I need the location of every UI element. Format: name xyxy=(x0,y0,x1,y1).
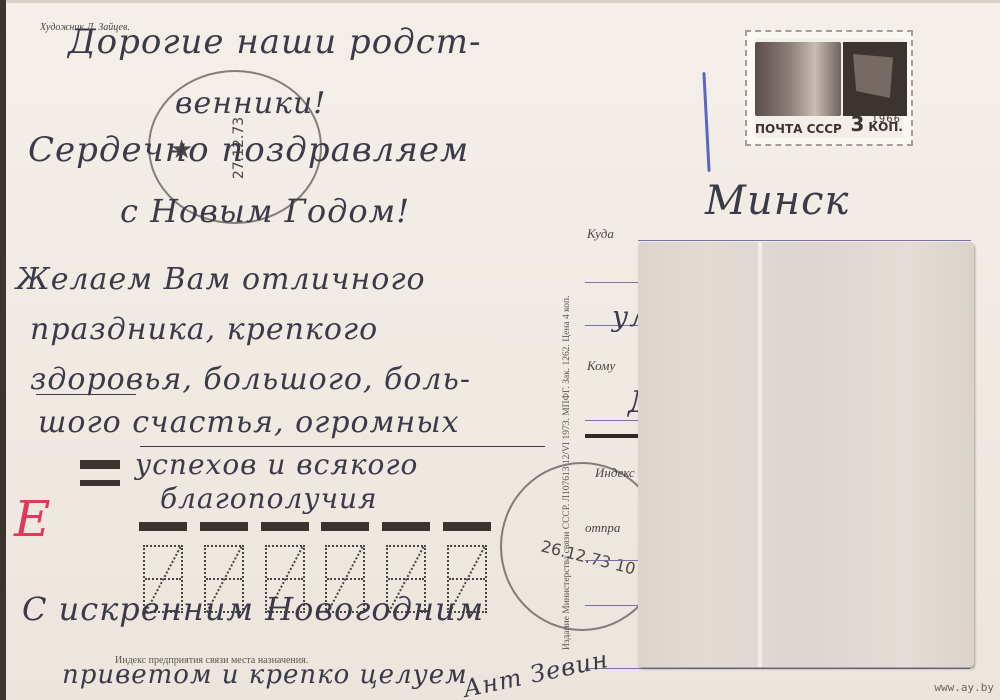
zip-bar xyxy=(443,522,491,531)
address-line xyxy=(585,282,645,283)
message-line: Сердечно поздравляем xyxy=(28,130,469,170)
zip-bar xyxy=(382,522,430,531)
address-line xyxy=(585,560,645,561)
address-line xyxy=(638,240,971,241)
message-line: здоровья, большого, боль- xyxy=(30,362,471,397)
message-line: шого счастья, огромных xyxy=(38,405,460,440)
sender-index-label: Индекс xyxy=(595,465,635,481)
stamp-portrait-image xyxy=(755,42,841,116)
message-line: благополучия xyxy=(160,482,378,515)
zip-bar xyxy=(261,522,309,531)
card-left-edge xyxy=(0,0,6,700)
message-line: венники! xyxy=(175,86,326,121)
address-line xyxy=(585,420,645,421)
sender-label: отпра xyxy=(585,520,620,536)
zip-guide-bar xyxy=(80,460,120,469)
zip-guide-bar xyxy=(80,480,120,486)
zip-bar xyxy=(321,522,369,531)
handwritten-city: Минск xyxy=(705,178,849,224)
message-line: приветом и крепко целуем xyxy=(62,660,468,690)
address-line xyxy=(585,668,970,669)
message-underline xyxy=(36,394,136,395)
zip-bar xyxy=(139,522,187,531)
message-line: Желаем Вам отличного xyxy=(16,262,426,297)
message-line: С искренним Новогодним xyxy=(22,590,484,628)
message-line: Дорогие наши родст- xyxy=(68,22,482,62)
message-line: успехов и всякого xyxy=(135,448,418,481)
card-top-edge xyxy=(0,0,1000,3)
zip-bar xyxy=(200,522,248,531)
to-whom-label: Кому xyxy=(587,358,615,374)
stamp-country: ПОЧТА СССР xyxy=(755,122,842,136)
watermark: www.ay.by xyxy=(934,681,994,694)
postcard-back: Художник Л. Зайцев. Издание Министерства… xyxy=(0,0,1000,700)
signature: Ант Зевин xyxy=(461,645,611,700)
stamp-flag-emblem xyxy=(843,42,907,116)
message-underline xyxy=(140,446,545,447)
address-line xyxy=(585,605,645,606)
address-divider xyxy=(585,434,645,438)
postage-stamp: 1966 ПОЧТА СССР 3КОП. xyxy=(745,30,913,146)
to-where-label: Куда xyxy=(587,226,614,242)
red-handwritten-mark: Е xyxy=(14,490,52,548)
blue-pen-mark xyxy=(702,72,710,172)
stamp-value: 3КОП. xyxy=(850,112,903,136)
message-line: праздника, крепкого xyxy=(30,312,378,347)
pasted-paper-patch xyxy=(638,242,974,667)
message-line: с Новым Годом! xyxy=(120,192,410,230)
